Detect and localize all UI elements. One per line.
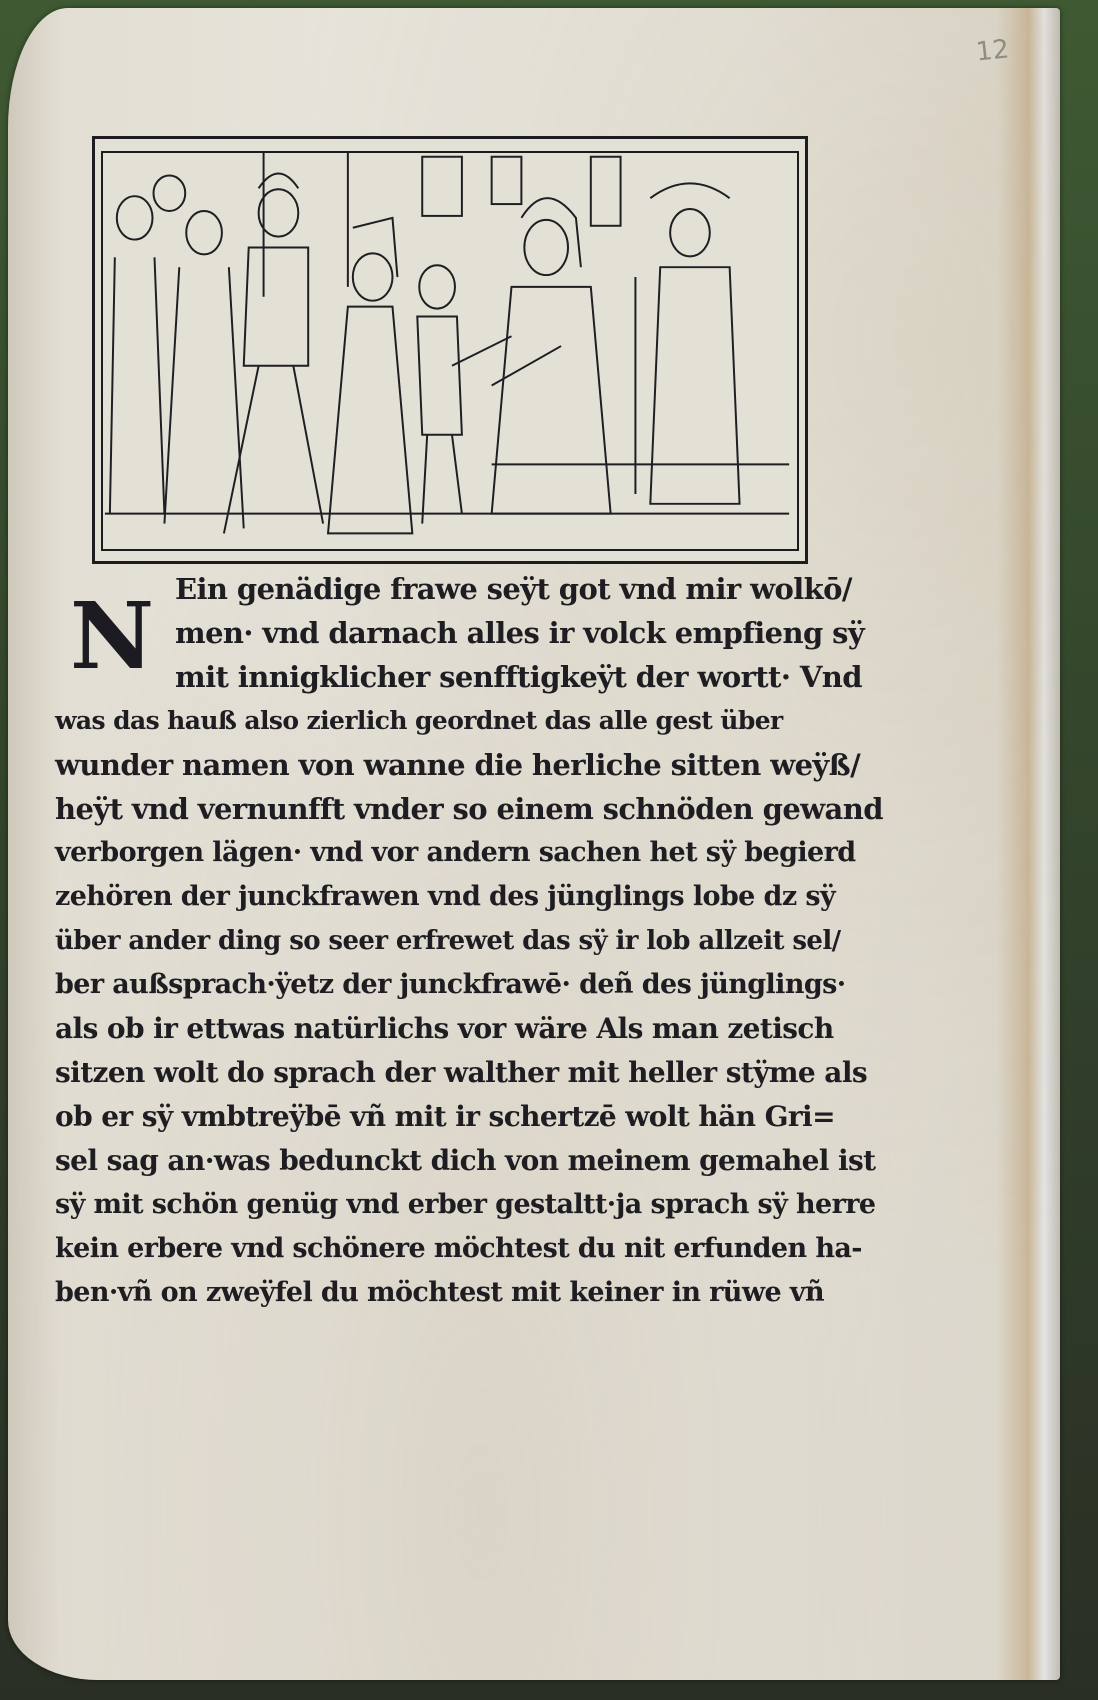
text-line: wunder namen von wanne die herliche sitt…	[55, 742, 860, 788]
text-line: ber außsprach·ÿetz der junckfrawē· deñ d…	[55, 962, 846, 1008]
text-line: ob er sÿ vmbtreÿbē vñ mit ir schertzē wo…	[55, 1094, 835, 1140]
text-line: zehören der junckfrawen vnd des jüngling…	[55, 874, 835, 920]
text-line: kein erbere vnd schönere möchtest du nit…	[55, 1226, 862, 1272]
text-line: als ob ir ettwas natürlichs vor wäre Als…	[55, 1006, 834, 1052]
text-line: mit innigklicher senfftigkeÿt der wortt·…	[175, 654, 862, 700]
text-line: verborgen lägen· vnd vor andern sachen h…	[55, 830, 856, 876]
text-line: sel sag an·was bedunckt dich von meinem …	[55, 1138, 876, 1184]
text-line: ben·vñ on zweÿfel du möchtest mit keiner…	[55, 1270, 824, 1316]
text-line: men· vnd darnach alles ir volck empfieng…	[175, 610, 864, 656]
text-line: heÿt vnd vernunfft vnder so einem schnöd…	[55, 786, 883, 832]
text-line: sÿ mit schön genüg vnd erber gestaltt·ja…	[55, 1182, 875, 1228]
text-line: sitzen wolt do sprach der walther mit he…	[55, 1050, 867, 1096]
woodcut-scene-icon	[95, 139, 805, 561]
text-line: Ein genädige frawe seÿt got vnd mir wolk…	[175, 566, 852, 612]
initial-capital: N	[70, 596, 132, 676]
text-line: was das hauß also zierlich geordnet das …	[55, 698, 783, 744]
text-line: über ander ding so seer erfrewet das sÿ …	[55, 918, 841, 964]
folio-number: 12	[975, 34, 1011, 67]
woodcut-illustration	[92, 136, 808, 564]
